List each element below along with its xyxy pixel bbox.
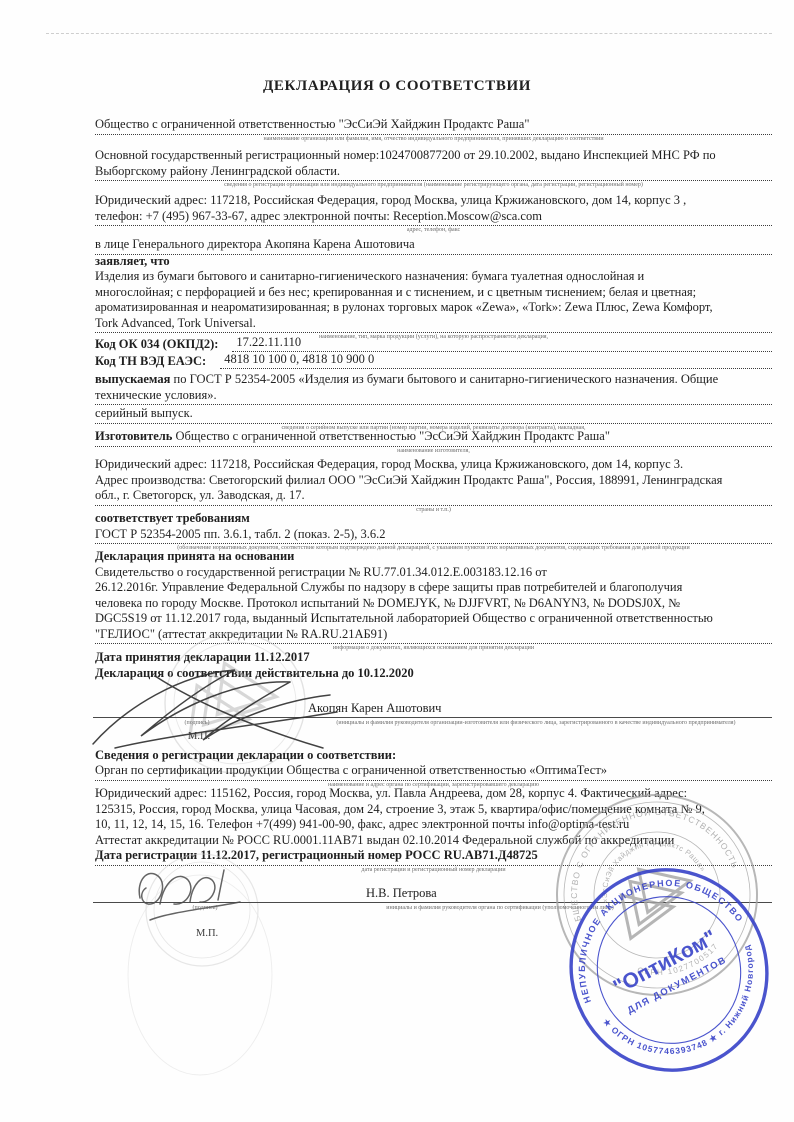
product-line: ароматизированная и неароматизированная;…	[95, 300, 772, 316]
product-line: Tork Advanced, Tork Universal.	[95, 316, 772, 334]
declares-block: заявляет, что	[95, 254, 772, 270]
product-line: Изделия из бумаги бытового и санитарно-г…	[95, 269, 772, 285]
scan-artifact-line	[46, 33, 772, 34]
manufacturer-name: Общество с ограниченной ответственностью…	[172, 429, 610, 443]
ogrn-line: Выборгскому району Ленинградской области…	[95, 164, 772, 182]
conformity-block: соответствует требованиям ГОСТ Р 52354-2…	[95, 511, 772, 553]
certification-body: Орган по сертификации продукции Общества…	[95, 763, 772, 781]
sign-caption: (подпись)	[112, 720, 282, 726]
tnved-label: Код ТН ВЭД ЕАЭС:	[95, 354, 206, 369]
manufacturer-address-line: Юридический адрес: 117218, Российская Фе…	[95, 457, 772, 473]
field-caption: наименование организации или фамилия, им…	[95, 135, 772, 144]
tnved-value: 4818 10 100 0, 4818 10 900 0	[220, 352, 772, 369]
declarant-address-block: Юридический адрес: 117218, Российская Фе…	[95, 193, 772, 235]
gost-rest: по ГОСТ Р 52354-2005 «Изделия из бумаги …	[170, 372, 718, 386]
declarant-name: Общество с ограниченной ответственностью…	[95, 117, 772, 135]
product-line: многослойная; с перфорацией и без нес; к…	[95, 285, 772, 301]
document-page: ДЕКЛАРАЦИЯ О СООТВЕТСТВИИ Общество с огр…	[0, 0, 794, 1122]
seal-place-mark: М.П.	[188, 731, 210, 742]
representative-line: в лице Генерального директора Акопяна Ка…	[95, 237, 772, 255]
manufacturer-line: Изготовитель Общество с ограниченной отв…	[95, 429, 772, 447]
serial-line: серийный выпуск.	[95, 406, 772, 424]
head-signatory-name: Акопян Карен Ашотович	[308, 701, 441, 716]
optikom-blue-stamp: НЕПУБЛИЧНОЕ АКЦИОНЕРНОЕ ОБЩЕСТВО ★ ОГРН …	[564, 864, 774, 1076]
codes-block: Код ОК 034 (ОКПД2): 17.22.11.110 Код ТН …	[95, 335, 772, 369]
okpd-value: 17.22.11.110	[232, 335, 772, 352]
gost-line: выпускаемая по ГОСТ Р 52354-2005 «Издели…	[95, 372, 772, 388]
product-description-block: Изделия из бумаги бытового и санитарно-г…	[95, 269, 772, 342]
okpd-row: Код ОК 034 (ОКПД2): 17.22.11.110	[95, 335, 772, 352]
field-caption: адрес, телефон, факс	[95, 226, 772, 235]
cert-signatory-name: Н.В. Петрова	[366, 886, 437, 901]
declares-label: заявляет, что	[95, 254, 772, 270]
field-caption: наименование изготовителя,	[95, 447, 772, 456]
conformity-reference: ГОСТ Р 52354-2005 пп. 3.6.1, табл. 2 (по…	[95, 527, 772, 545]
basis-heading: Декларация принята на основании	[95, 549, 772, 565]
address-line: телефон: +7 (495) 967-33-67, адрес элект…	[95, 209, 772, 227]
address-line: Юридический адрес: 117218, Российская Фе…	[95, 193, 772, 209]
manufacturer-address-line: Адрес производства: Светогорский филиал …	[95, 473, 772, 489]
declarant-ogrn-block: Основной государственный регистрационный…	[95, 148, 772, 190]
representative-block: в лице Генерального директора Акопяна Ка…	[95, 237, 772, 255]
sign-caption: (подпись)	[120, 905, 290, 911]
manufacturer-address-line: обл., г. Светогорск, ул. Заводская, д. 1…	[95, 488, 772, 506]
field-caption: сведения о регистрации организации или и…	[95, 181, 772, 190]
gost-line: технические условия».	[95, 388, 772, 406]
gost-lead: выпускаемая	[95, 372, 170, 386]
manufacturer-label: Изготовитель	[95, 429, 172, 443]
signatory-caption: (инициалы и фамилия руководителя организ…	[300, 720, 772, 726]
tnved-row: Код ТН ВЭД ЕАЭС: 4818 10 100 0, 4818 10 …	[95, 352, 772, 369]
ogrn-line: Основной государственный регистрационный…	[95, 148, 772, 164]
page-title: ДЕКЛАРАЦИЯ О СООТВЕТСТВИИ	[0, 78, 794, 95]
basis-line: человека по городу Москве. Протокол испы…	[95, 596, 772, 612]
manufacturer-address-block: Юридический адрес: 117218, Российская Фе…	[95, 457, 772, 515]
conformity-heading: соответствует требованиям	[95, 511, 772, 527]
gost-issue-block: выпускаемая по ГОСТ Р 52354-2005 «Издели…	[95, 372, 772, 433]
manufacturer-block: Изготовитель Общество с ограниченной отв…	[95, 429, 772, 456]
basis-line: Свидетельство о государственной регистра…	[95, 565, 772, 581]
okpd-label: Код ОК 034 (ОКПД2):	[95, 337, 218, 352]
basis-line: 26.12.2016г. Управление Федеральной Служ…	[95, 580, 772, 596]
seal-place-mark: М.П.	[196, 928, 218, 939]
basis-line: DGC5S19 от 11.12.2017 года, выданный Исп…	[95, 611, 772, 627]
declarant-name-block: Общество с ограниченной ответственностью…	[95, 117, 772, 144]
